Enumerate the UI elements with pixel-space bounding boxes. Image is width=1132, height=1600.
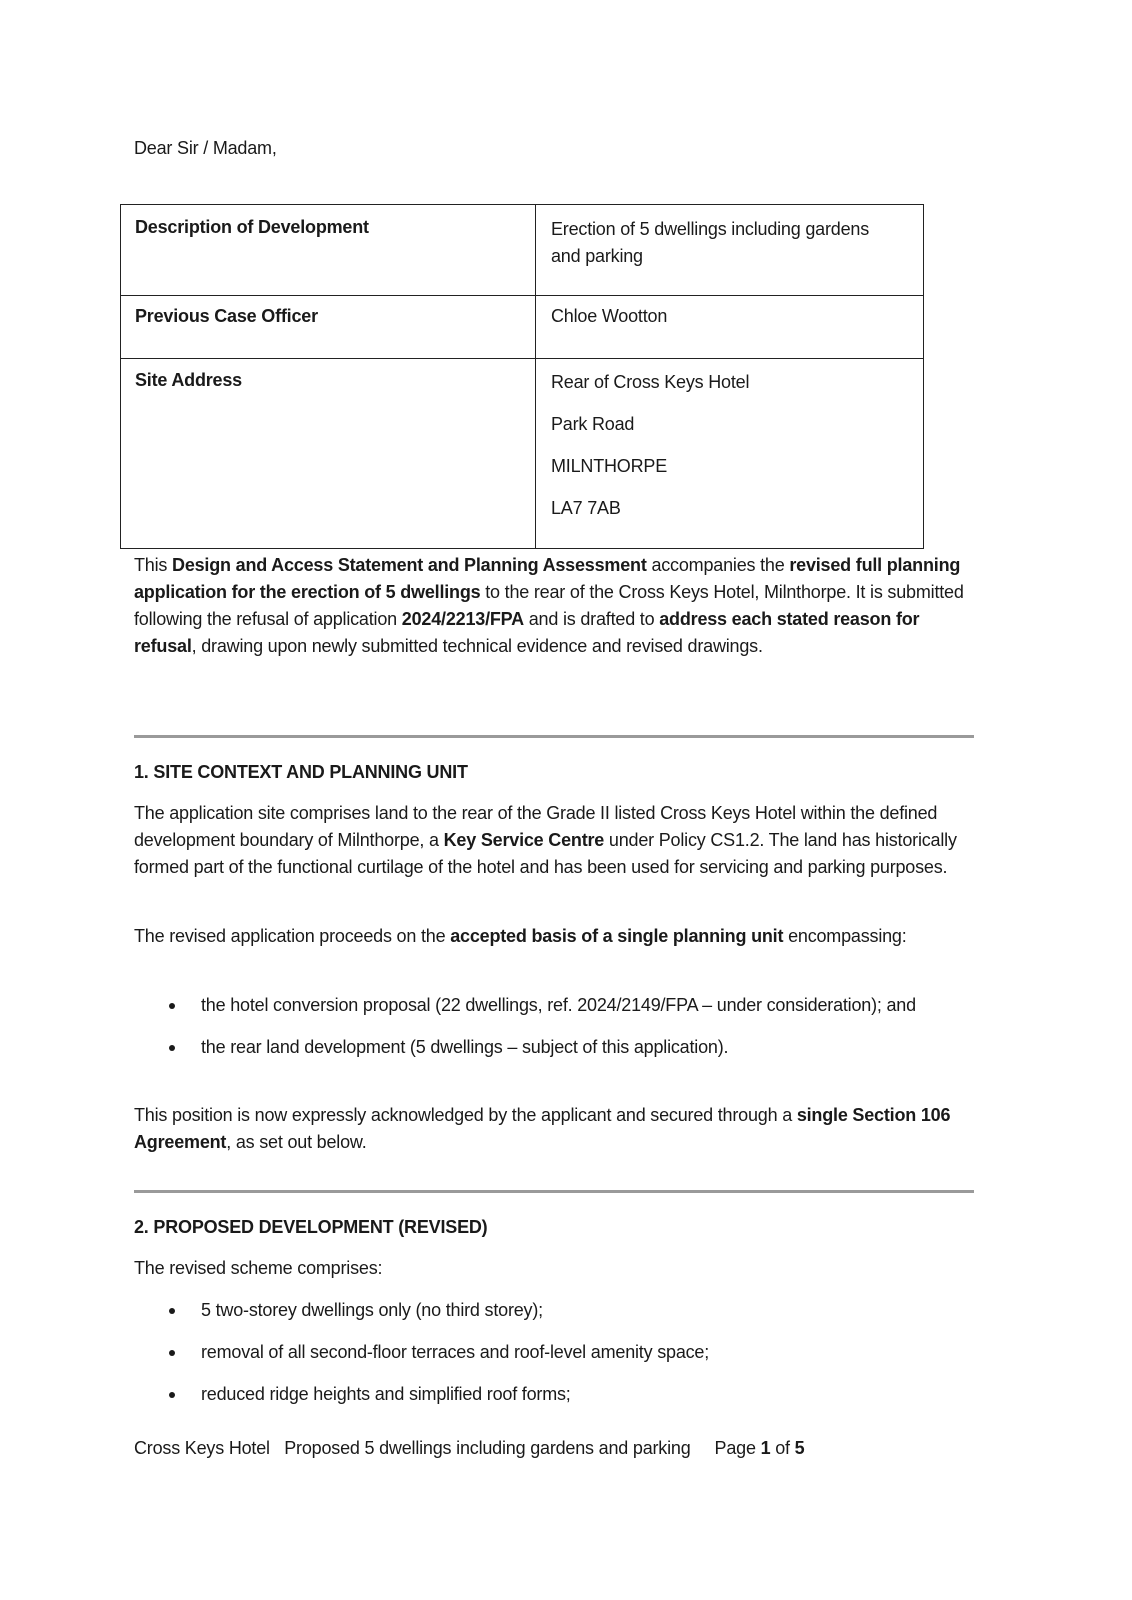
bullet-icon (169, 1350, 175, 1356)
document-page: Dear Sir / Madam, Description of Develop… (0, 0, 1132, 1600)
case-officer-label: Previous Case Officer (121, 296, 536, 359)
site-address-value: Rear of Cross Keys Hotel Park Road MILNT… (536, 359, 924, 549)
address-line: LA7 7AB (551, 496, 903, 520)
section-1-paragraph-1: The application site comprises land to t… (134, 800, 984, 881)
body-text: accompanies the (647, 555, 790, 575)
bullet-icon (169, 1308, 175, 1314)
intro-paragraph: This Design and Access Statement and Pla… (134, 552, 984, 660)
emphasis-text: accepted basis of a single planning unit (450, 926, 783, 946)
site-address-label: Site Address (121, 359, 536, 549)
body-text: encompassing: (783, 926, 906, 946)
table-row: Previous Case Officer Chloe Wootton (121, 296, 924, 359)
salutation: Dear Sir / Madam, (134, 136, 277, 160)
body-text: This (134, 555, 172, 575)
body-text: The revised application proceeds on the (134, 926, 450, 946)
section-2-heading: 2. PROPOSED DEVELOPMENT (REVISED) (134, 1215, 487, 1239)
list-item: reduced ridge heights and simplified roo… (134, 1381, 984, 1408)
footer-page-current: 1 (761, 1438, 771, 1458)
bullet-icon (169, 1045, 175, 1051)
section-divider (134, 1190, 974, 1193)
emphasis-text: Key Service Centre (444, 830, 605, 850)
address-line: MILNTHORPE (551, 454, 903, 478)
footer-doc-subtitle: Proposed 5 dwellings including gardens a… (284, 1438, 690, 1458)
section-1-paragraph-3: This position is now expressly acknowled… (134, 1102, 984, 1156)
list-item: the hotel conversion proposal (22 dwelli… (134, 992, 984, 1019)
footer-page-prefix: Page (715, 1438, 756, 1458)
footer-page-of: of (775, 1438, 790, 1458)
body-text: This position is now expressly acknowled… (134, 1105, 797, 1125)
page-footer: Cross Keys Hotel Proposed 5 dwellings in… (134, 1436, 804, 1460)
bullet-icon (169, 1003, 175, 1009)
emphasis-text: Design and Access Statement and Planning… (172, 555, 647, 575)
description-label: Description of Development (121, 205, 536, 296)
address-line: Park Road (551, 412, 903, 436)
list-item: removal of all second-floor terraces and… (134, 1339, 984, 1366)
planning-unit-list: the hotel conversion proposal (22 dwelli… (134, 992, 984, 1061)
body-text: , as set out below. (226, 1132, 366, 1152)
table-row: Site Address Rear of Cross Keys Hotel Pa… (121, 359, 924, 549)
list-item: 5 two-storey dwellings only (no third st… (134, 1297, 984, 1324)
revised-scheme-list: 5 two-storey dwellings only (no third st… (134, 1297, 984, 1408)
section-2-intro: The revised scheme comprises: (134, 1255, 984, 1282)
description-value: Erection of 5 dwellings including garden… (536, 205, 924, 296)
table-row: Description of Development Erection of 5… (121, 205, 924, 296)
bullet-icon (169, 1392, 175, 1398)
application-info-table: Description of Development Erection of 5… (120, 204, 924, 549)
address-line: Rear of Cross Keys Hotel (551, 370, 903, 394)
section-divider (134, 735, 974, 738)
section-1-paragraph-2: The revised application proceeds on the … (134, 923, 984, 950)
emphasis-text: 2024/2213/FPA (402, 609, 524, 629)
footer-doc-title: Cross Keys Hotel (134, 1438, 270, 1458)
list-item: the rear land development (5 dwellings –… (134, 1034, 984, 1061)
section-1-heading: 1. SITE CONTEXT AND PLANNING UNIT (134, 760, 468, 784)
case-officer-value: Chloe Wootton (536, 296, 924, 359)
footer-page-total: 5 (795, 1438, 805, 1458)
body-text: , drawing upon newly submitted technical… (192, 636, 763, 656)
body-text: and is drafted to (524, 609, 659, 629)
